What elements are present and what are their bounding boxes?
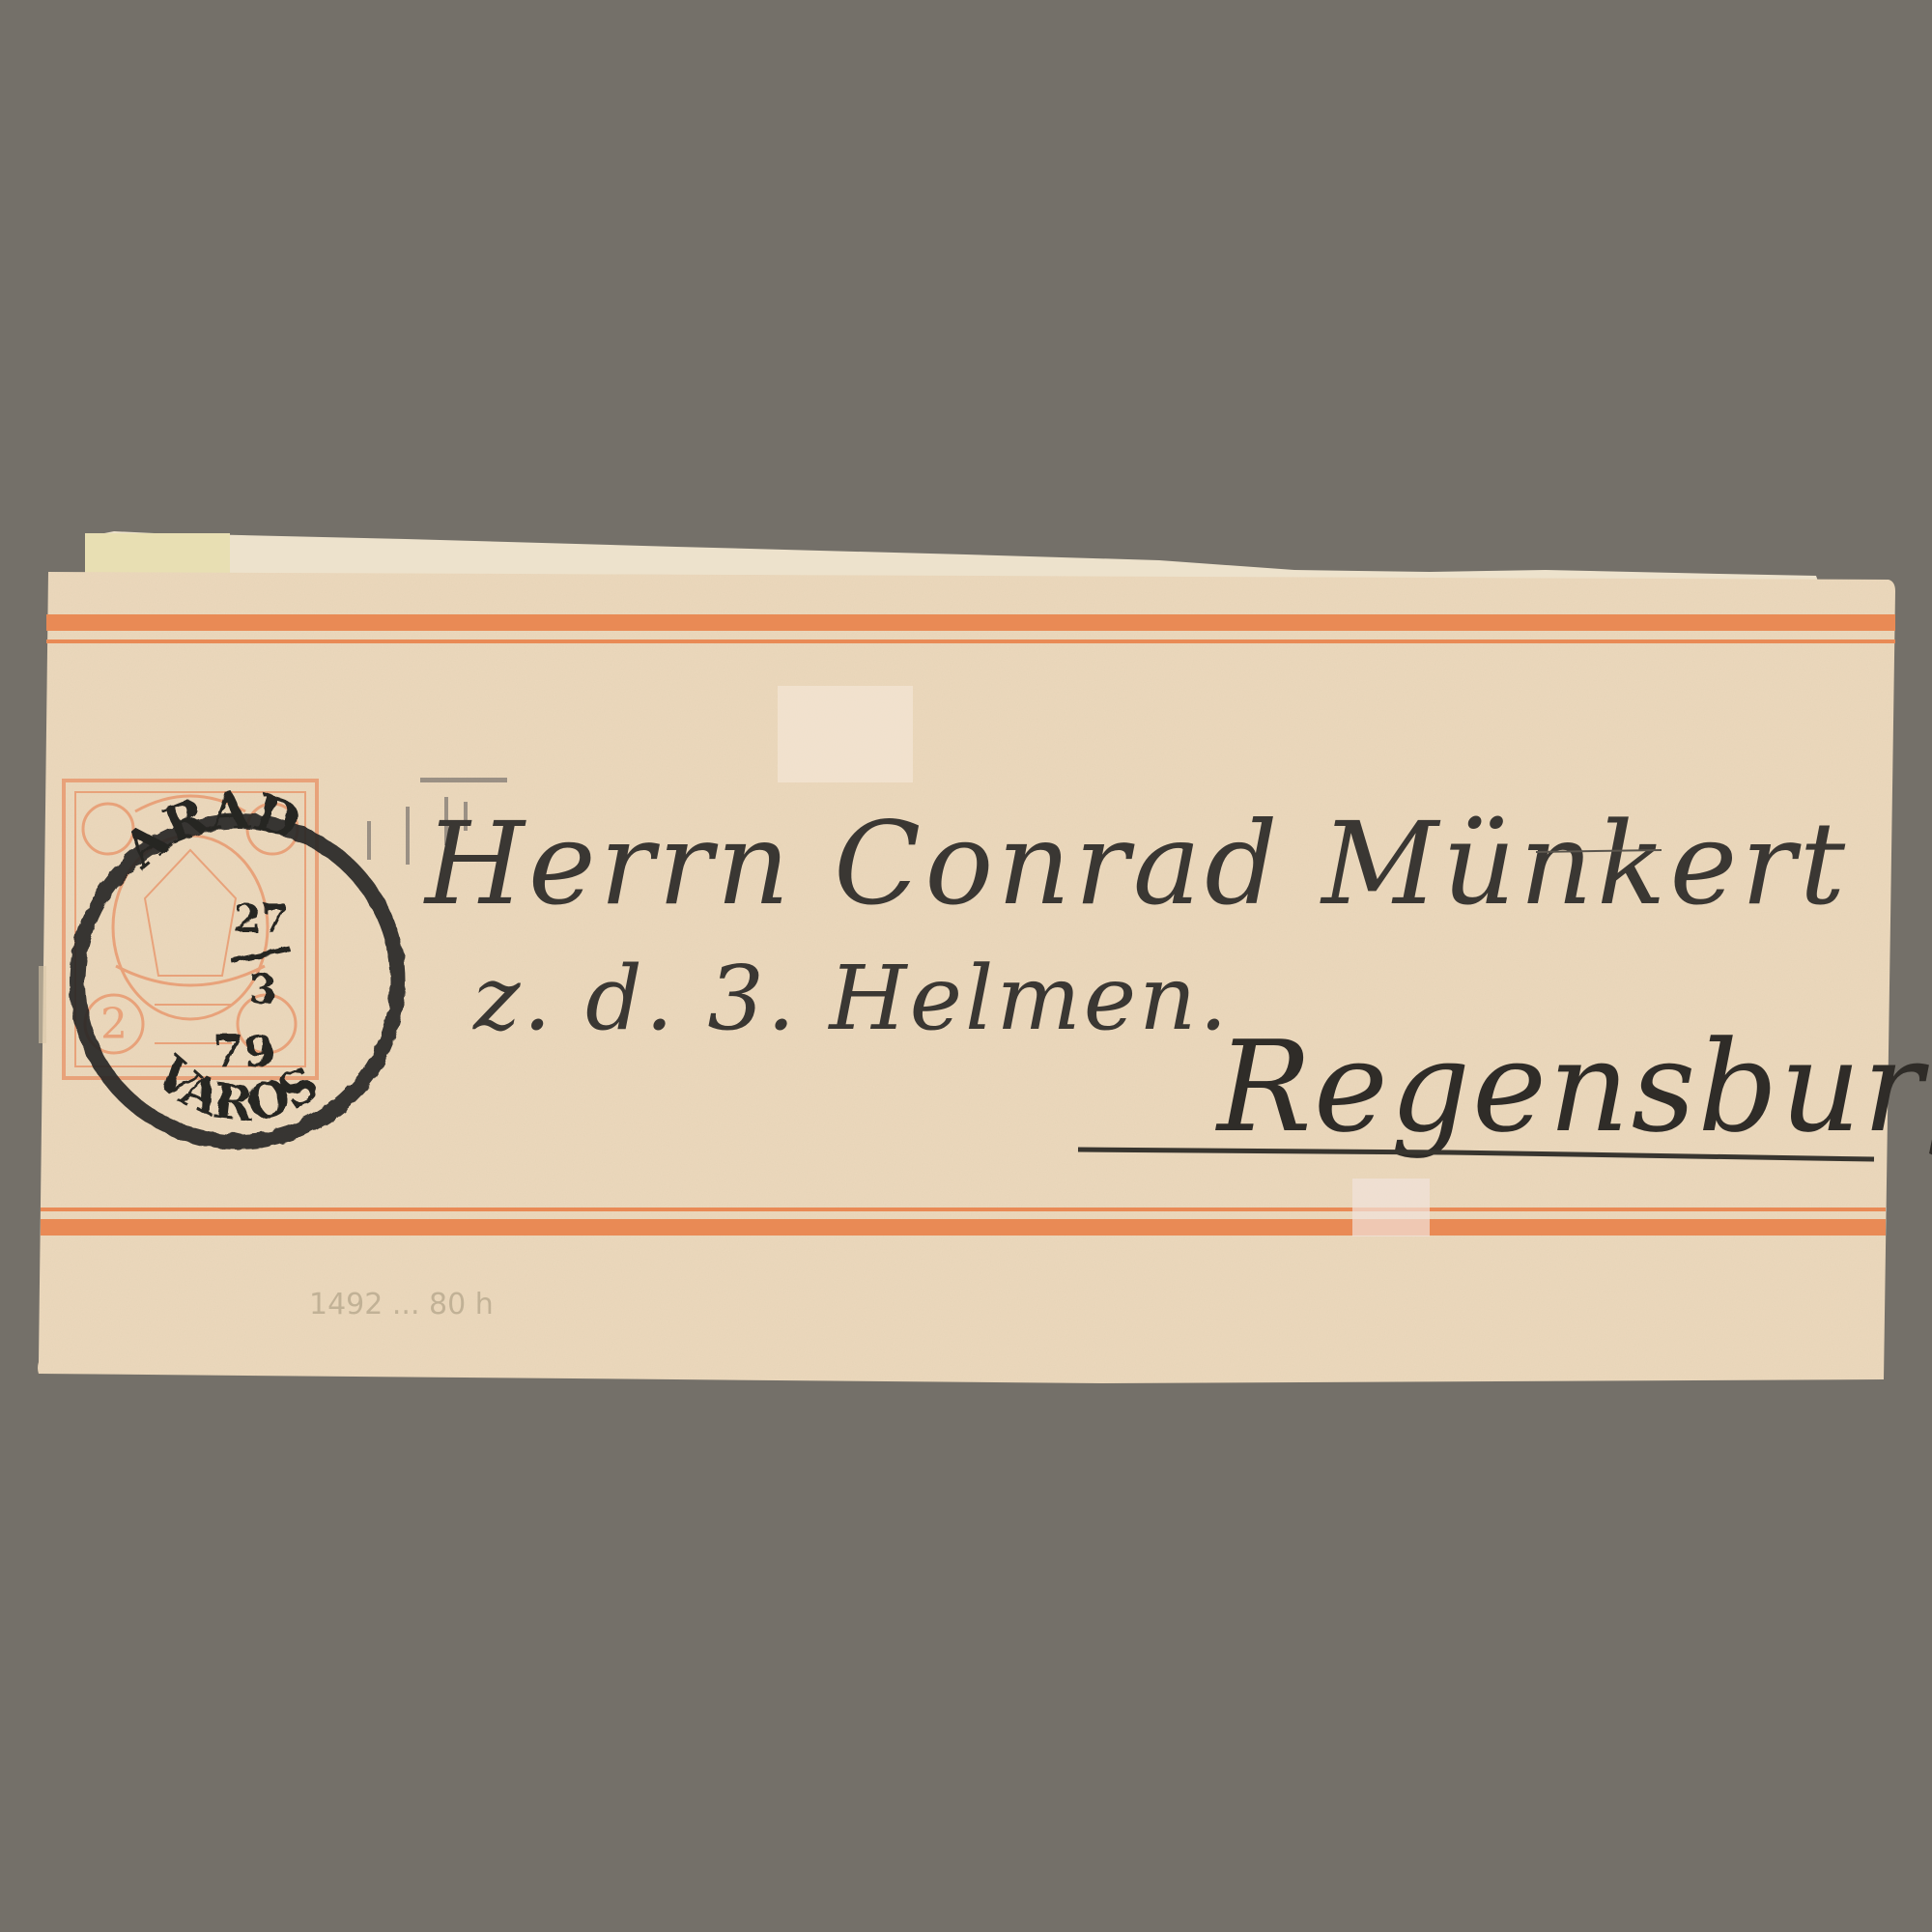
address-line-2: z. d. 3. Helmen. xyxy=(472,947,1231,1050)
postmark-year: 79 xyxy=(213,1025,274,1077)
postmark-month: 3 xyxy=(249,967,276,1012)
paper-scuff xyxy=(778,686,913,782)
address-city: Regensburg. xyxy=(1215,1013,1932,1160)
pencil-note: 1492 ... 80 h xyxy=(309,1288,494,1321)
postmark-day: 27 xyxy=(234,896,288,942)
paper-scuff xyxy=(1352,1179,1430,1236)
photo-scene: 2 ARAD VAROS 27 3 79 Herrn Conrad Münker… xyxy=(0,0,1932,1932)
address-line-1: Herrn Conrad Münkert xyxy=(423,797,1849,930)
stamp-value: 2 xyxy=(100,1000,128,1049)
wrapper-illustration: 2 ARAD VAROS 27 3 79 Herrn Conrad Münker… xyxy=(0,0,1932,1932)
